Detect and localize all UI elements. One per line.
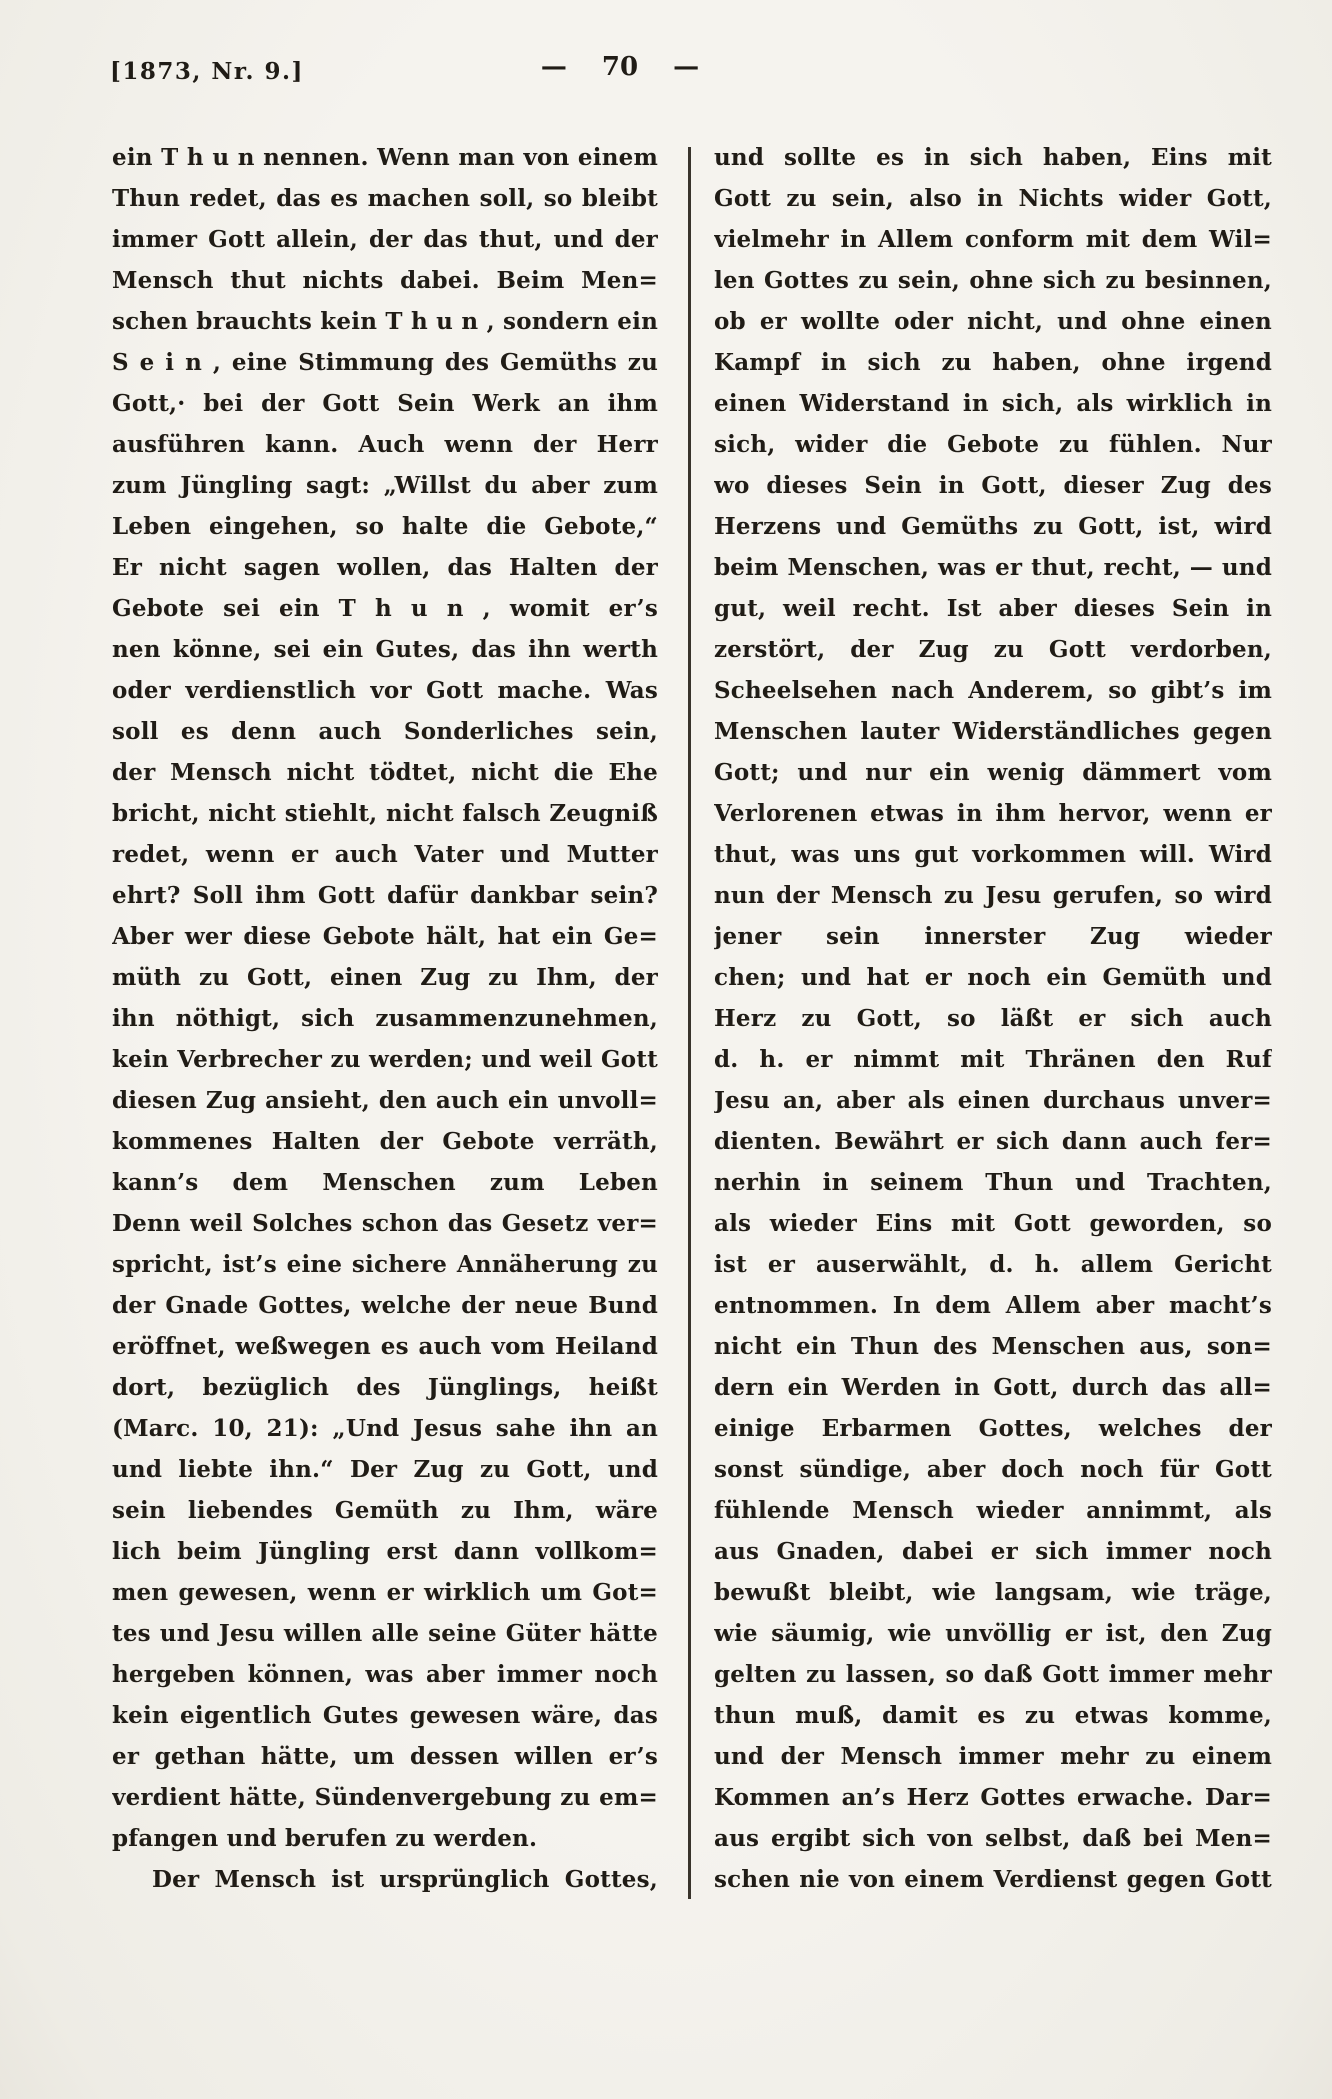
text-line: und sollte es in sich haben, Eins mit [714, 137, 1272, 178]
text-line: ob er wollte oder nicht, und ohne einen [714, 301, 1272, 342]
text-line: Denn weil Solches schon das Gesetz ver= [112, 1203, 658, 1244]
text-line: zerstört, der Zug zu Gott verdorben, dur… [714, 629, 1272, 670]
text-line: dienten. Bewährt er sich dann auch fer= [714, 1121, 1272, 1162]
text-line: und der Mensch immer mehr zu einem [714, 1736, 1272, 1777]
text-line: Scheelsehen nach Anderem, so gibt’s im [714, 670, 1272, 711]
text-line: nicht ein Thun des Menschen aus, son= [714, 1326, 1272, 1367]
text-line: ausführen kann. Auch wenn der Herr [112, 424, 658, 465]
text-line: kein eigentlich Gutes gewesen wäre, das [112, 1695, 658, 1736]
text-line: Verlorenen etwas in ihm hervor, wenn er [714, 793, 1272, 834]
text-line: eröffnet, weßwegen es auch vom Heiland [112, 1326, 658, 1367]
text-line: bricht, nicht stiehlt, nicht falsch Zeug… [112, 793, 658, 834]
text-line: als wieder Eins mit Gott geworden, so [714, 1203, 1272, 1244]
text-line: gelten zu lassen, so daß Gott immer mehr [714, 1654, 1272, 1695]
text-line: kommenes Halten der Gebote verräth, [112, 1121, 658, 1162]
text-line: verdient hätte, Sündenvergebung zu em= [112, 1777, 658, 1818]
text-line: Menschen lauter Widerständliches gegen [714, 711, 1272, 752]
text-line: schen brauchts kein T h u n , sondern ei… [112, 301, 658, 342]
text-line: tes und Jesu willen alle seine Güter hät… [112, 1613, 658, 1654]
text-line: thut, was uns gut vorkommen will. Wird [714, 834, 1272, 875]
text-line: dern ein Werden in Gott, durch das all= [714, 1367, 1272, 1408]
text-line: Aber wer diese Gebote hält, hat ein Ge= [112, 916, 658, 957]
text-line: Der Mensch ist ursprünglich Gottes, [112, 1859, 658, 1900]
text-line: dort, bezüglich des Jünglings, heißt [112, 1367, 658, 1408]
text-line: Gebote sei ein T h u n , womit er’s verd… [112, 588, 658, 629]
text-line: sein liebendes Gemüth zu Ihm, wäre frei= [112, 1490, 658, 1531]
text-line: Gott; und nur ein wenig dämmert vom [714, 752, 1272, 793]
text-line: kein Verbrecher zu werden; und weil Gott [112, 1039, 658, 1080]
text-line: ehrt? Soll ihm Gott dafür dankbar sein? [112, 875, 658, 916]
text-line: Mensch thut nichts dabei. Beim Men= [112, 260, 658, 301]
text-line: immer Gott allein, der das thut, und der [112, 219, 658, 260]
text-line: S e i n , eine Stimmung des Gemüths zu [112, 342, 658, 383]
text-line: kann’s dem Menschen zum Leben dienen. [112, 1162, 658, 1203]
text-line: oder verdienstlich vor Gott mache. Was [112, 670, 658, 711]
text-line: Kommen an’s Herz Gottes erwache. Dar= [714, 1777, 1272, 1818]
right-text-column: und sollte es in sich haben, Eins mitGot… [714, 137, 1272, 1900]
text-line: Jesu an, aber als einen durchaus unver= [714, 1080, 1272, 1121]
text-line: und liebte ihn.“ Der Zug zu Gott, und [112, 1449, 658, 1490]
text-line: thun muß, damit es zu etwas komme, [714, 1695, 1272, 1736]
text-line: Thun redet, das es machen soll, so bleib… [112, 178, 658, 219]
text-line: einen Widerstand in sich, als wirklich i… [714, 383, 1272, 424]
text-line: entnommen. In dem Allem aber macht’s [714, 1285, 1272, 1326]
text-line: spricht, ist’s eine sichere Annäherung z… [112, 1244, 658, 1285]
text-line: beim Menschen, was er thut, recht, — und [714, 547, 1272, 588]
text-line: müth zu Gott, einen Zug zu Ihm, der [112, 957, 658, 998]
text-line: Er nicht sagen wollen, das Halten der [112, 547, 658, 588]
text-line: len Gottes zu sein, ohne sich zu besinne… [714, 260, 1272, 301]
text-line: wie säumig, wie unvöllig er ist, den Zug [714, 1613, 1272, 1654]
text-line: (Marc. 10, 21): „Und Jesus sahe ihn an [112, 1408, 658, 1449]
text-line: nerhin in seinem Thun und Trachten, [714, 1162, 1272, 1203]
text-line: aus ergibt sich von selbst, daß bei Men= [714, 1818, 1272, 1859]
text-line: ist er auserwählt, d. h. allem Gericht [714, 1244, 1272, 1285]
text-line: soll es denn auch Sonderliches sein, wen… [112, 711, 658, 752]
text-line: jener sein innerster Zug wieder angespro… [714, 916, 1272, 957]
text-line: vielmehr in Allem conform mit dem Wil= [714, 219, 1272, 260]
text-line: hergeben können, was aber immer noch [112, 1654, 658, 1695]
text-line: sonst sündige, aber doch noch für Gott [714, 1449, 1272, 1490]
text-line: chen; und hat er noch ein Gemüth und [714, 957, 1272, 998]
text-line: der Mensch nicht tödtet, nicht die Ehe [112, 752, 658, 793]
column-divider-rule [688, 147, 691, 1899]
text-line: redet, wenn er auch Vater und Mutter [112, 834, 658, 875]
text-line: pfangen und berufen zu werden. [112, 1818, 658, 1859]
text-line: gut, weil recht. Ist aber dieses Sein in… [714, 588, 1272, 629]
page-number: — 70 — [0, 52, 1240, 82]
text-line: diesen Zug ansieht, den auch ein unvoll= [112, 1080, 658, 1121]
text-line: wo dieses Sein in Gott, dieser Zug des [714, 465, 1272, 506]
text-line: einige Erbarmen Gottes, welches der [714, 1408, 1272, 1449]
text-line: schen nie von einem Verdienst gegen Gott [714, 1859, 1272, 1900]
text-line: der Gnade Gottes, welche der neue Bund [112, 1285, 658, 1326]
text-line: d. h. er nimmt mit Thränen den Ruf [714, 1039, 1272, 1080]
text-line: Gott,· bei der Gott Sein Werk an ihm [112, 383, 658, 424]
text-line: Kampf in sich zu haben, ohne irgend [714, 342, 1272, 383]
text-line: bewußt bleibt, wie langsam, wie träge, [714, 1572, 1272, 1613]
text-line: aus Gnaden, dabei er sich immer noch [714, 1531, 1272, 1572]
text-line: ein T h u n nennen. Wenn man von einem [112, 137, 658, 178]
text-line: er gethan hätte, um dessen willen er’s [112, 1736, 658, 1777]
left-text-column: ein T h u n nennen. Wenn man von einemTh… [112, 137, 658, 1900]
text-line: nen könne, sei ein Gutes, das ihn werth [112, 629, 658, 670]
text-line: Leben eingehen, so halte die Gebote,“ ka… [112, 506, 658, 547]
scanned-book-page: [1873, Nr. 9.] — 70 — ein T h u n nennen… [0, 0, 1332, 2099]
text-line: zum Jüngling sagt: „Willst du aber zum [112, 465, 658, 506]
text-line: nun der Mensch zu Jesu gerufen, so wird [714, 875, 1272, 916]
text-line: sich, wider die Gebote zu fühlen. Nur [714, 424, 1272, 465]
text-line: fühlende Mensch wieder annimmt, als [714, 1490, 1272, 1531]
text-line: Gott zu sein, also in Nichts wider Gott, [714, 178, 1272, 219]
text-line: men gewesen, wenn er wirklich um Got= [112, 1572, 658, 1613]
text-line: lich beim Jüngling erst dann vollkom= [112, 1531, 658, 1572]
text-line: Herz zu Gott, so läßt er sich auch beruf… [714, 998, 1272, 1039]
text-line: ihn nöthigt, sich zusammenzunehmen, um [112, 998, 658, 1039]
text-line: Herzens und Gemüths zu Gott, ist, wird [714, 506, 1272, 547]
